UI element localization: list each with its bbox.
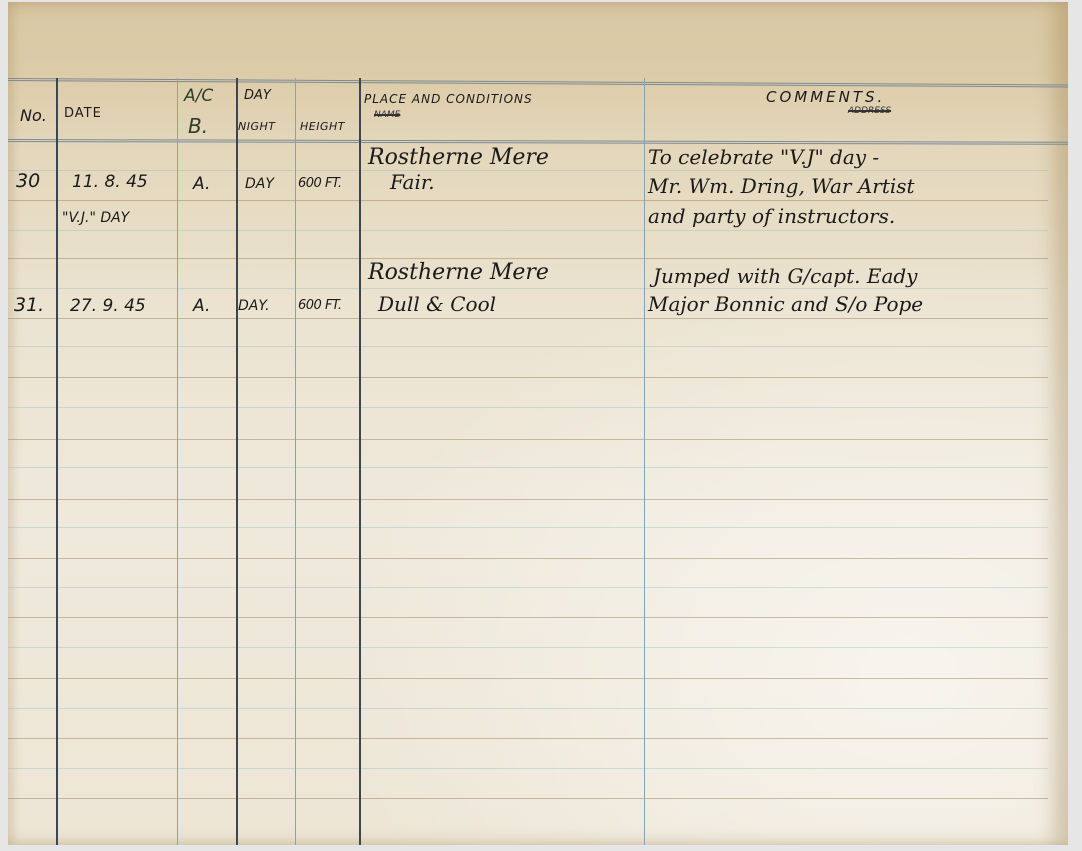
column-divider-day-height: [295, 78, 296, 845]
ruled-line: [8, 527, 1048, 528]
entry-date-note: "V.J." DAY: [62, 210, 129, 226]
ruled-line: [8, 346, 1048, 347]
ruled-line: [8, 558, 1048, 559]
ruled-line: [8, 499, 1048, 500]
entry-conditions: Dull & Cool: [378, 292, 496, 316]
column-divider-place-comments: [644, 78, 645, 845]
ruled-line: [8, 587, 1048, 588]
entry-height: 600 FT.: [298, 298, 341, 313]
entry-aircraft: A.: [193, 296, 210, 316]
logbook-page: No. DATE A/C B. DAY NIGHT HEIGHT PLACE A…: [8, 2, 1068, 845]
header-ac-top: A/C: [184, 86, 213, 106]
header-ac-bottom: B.: [188, 114, 208, 138]
ruled-line: [8, 230, 1048, 231]
header-place-conditions: PLACE AND CONDITIONS: [364, 92, 533, 106]
ruled-line: [8, 439, 1048, 440]
entry-comment-line: and party of instructors.: [648, 204, 895, 228]
entry-comment-line: To celebrate "V.J" day -: [648, 145, 879, 169]
column-divider-height-place: [359, 78, 361, 845]
entry-date: 11. 8. 45: [72, 172, 148, 192]
header-no: No.: [20, 106, 47, 125]
ruled-line: [8, 708, 1048, 709]
header-date: DATE: [64, 106, 102, 121]
ruled-line: [8, 288, 1048, 289]
entry-aircraft: A.: [193, 174, 210, 194]
header-bottom-rule: [8, 139, 1068, 145]
ruled-line: [8, 798, 1048, 799]
entry-no: 31.: [14, 294, 44, 316]
entry-day-night: DAY.: [238, 298, 270, 314]
ruled-line: [8, 678, 1048, 679]
entry-date: 27. 9. 45: [70, 296, 146, 316]
ruled-line: [8, 407, 1048, 408]
ruled-line: [8, 170, 1048, 171]
header-top-rule: [8, 78, 1068, 87]
ruled-line: [8, 617, 1048, 618]
column-divider-no-date: [56, 78, 58, 845]
ruled-line: [8, 200, 1048, 201]
entry-place: Rostherne Mere: [368, 260, 549, 285]
ruled-line: [8, 318, 1048, 319]
entry-comment-line: Mr. Wm. Dring, War Artist: [648, 174, 915, 198]
ruled-line: [8, 768, 1048, 769]
ruled-line: [8, 258, 1048, 259]
column-divider-date-ac: [177, 78, 178, 845]
entry-day-night: DAY: [245, 176, 274, 192]
entry-no: 30: [16, 170, 40, 192]
entry-comment-line: Major Bonnic and S/o Pope: [648, 292, 923, 316]
header-night: NIGHT: [238, 120, 276, 133]
ruled-line: [8, 377, 1048, 378]
header-place-struck: NAME: [374, 110, 400, 120]
entry-comment-line: Jumped with G/capt. Eady: [653, 264, 917, 288]
column-divider-ac-day: [236, 78, 238, 845]
ruled-line: [8, 738, 1048, 739]
header-day: DAY: [244, 88, 271, 103]
entry-place: Rostherne Mere: [368, 145, 549, 170]
header-comments: COMMENTS.: [766, 88, 885, 106]
ruled-line: [8, 647, 1048, 648]
header-height: HEIGHT: [300, 120, 345, 133]
ruled-line: [8, 467, 1048, 468]
entry-height: 600 FT.: [298, 176, 341, 191]
entry-conditions: Fair.: [390, 170, 435, 194]
header-comments-struck: ADDRESS: [848, 106, 891, 116]
